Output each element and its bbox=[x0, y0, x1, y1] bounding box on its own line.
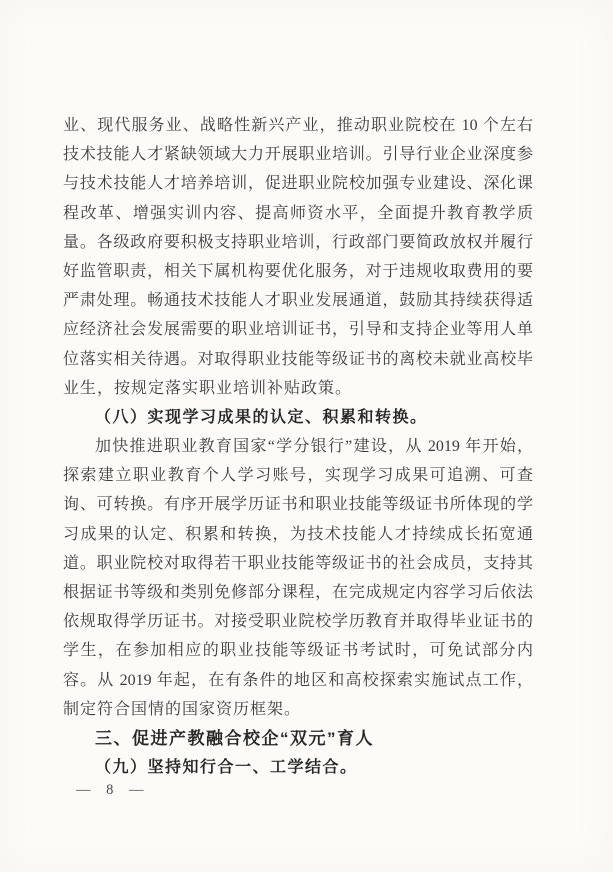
section-heading-line: （八）实现学习成果的认定、积累和转换。 bbox=[63, 403, 533, 432]
text-line: 容。从 2019 年起，在有条件的地区和高校探索实施试点工作， bbox=[63, 666, 533, 695]
text-line: 业、现代服务业、战略性新兴产业，推动职业院校在 10 个左右 bbox=[63, 111, 533, 140]
text-line: 技术技能人才紧缺领域大力开展职业培训。引导行业企业深度参 bbox=[63, 140, 533, 169]
text-line: 探索建立职业教育个人学习账号，实现学习成果可追溯、可查 bbox=[63, 461, 533, 490]
text-line: 应经济社会发展需要的职业培训证书，引导和支持企业等用人单 bbox=[63, 315, 533, 344]
text-line: 严肃处理。畅通技术技能人才职业发展通道，鼓励其持续获得适 bbox=[63, 286, 533, 315]
text-line: 依规取得学历证书。对接受职业院校学历教育并取得毕业证书的 bbox=[63, 607, 533, 636]
text-line: 程改革、增强实训内容、提高师资水平，全面提升教育教学质 bbox=[63, 199, 533, 228]
text-line: 量。各级政府要积极支持职业培训，行政部门要简政放权并履行 bbox=[63, 228, 533, 257]
text-line: 与技术技能人才培养培训，促进职业院校加强专业建设、深化课 bbox=[63, 169, 533, 198]
text-line: 业生，按规定落实职业培训补贴政策。 bbox=[63, 374, 533, 403]
text-line: 位落实相关待遇。对取得职业技能等级证书的离校未就业高校毕 bbox=[63, 345, 533, 374]
text-line: 加快推进职业教育国家“学分银行”建设，从 2019 年开始， bbox=[63, 432, 533, 461]
section-heading-line: （九）坚持知行合一、工学结合。 bbox=[63, 753, 533, 782]
text-line: 询、可转换。有序开展学历证书和职业技能等级证书所体现的学 bbox=[63, 490, 533, 519]
document-page: 业、现代服务业、战略性新兴产业，推动职业院校在 10 个左右技术技能人才紧缺领域… bbox=[0, 0, 613, 872]
page-number: — 8 — bbox=[76, 780, 150, 800]
text-line: 根据证书等级和类别免修部分课程，在完成规定内容学习后依法 bbox=[63, 578, 533, 607]
text-line: 制定符合国情的国家资历框架。 bbox=[63, 695, 533, 724]
text-line: 道。职业院校对取得若干职业技能等级证书的社会成员，支持其 bbox=[63, 549, 533, 578]
text-line: 习成果的认定、积累和转换，为技术技能人才持续成长拓宽通 bbox=[63, 520, 533, 549]
document-body: 业、现代服务业、战略性新兴产业，推动职业院校在 10 个左右技术技能人才紧缺领域… bbox=[63, 111, 533, 782]
text-line: 好监管职责，相关下属机构要优化服务，对于违规收取费用的要 bbox=[63, 257, 533, 286]
chapter-heading-line: 三、促进产教融合校企“双元”育人 bbox=[63, 724, 533, 753]
text-line: 学生，在参加相应的职业技能等级证书考试时，可免试部分内 bbox=[63, 636, 533, 665]
